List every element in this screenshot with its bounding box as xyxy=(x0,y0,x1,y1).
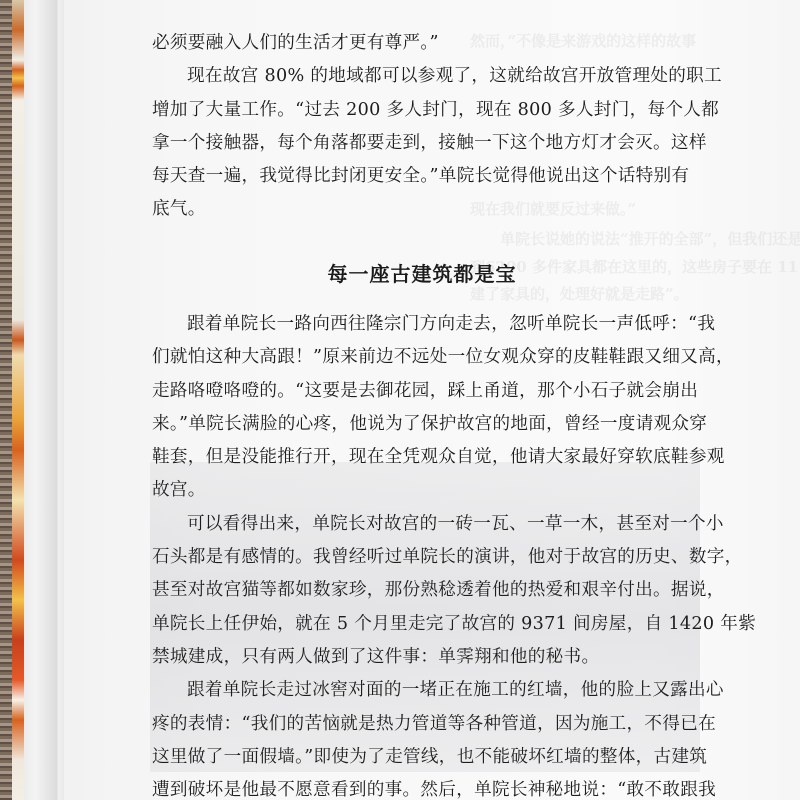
text-line: 单院长上任伊始，就在 5 个月里走完了故宫的 9371 间房屋，自 1420 年… xyxy=(152,608,692,641)
text-line: 走路咯噔咯噔的。“这要是去御花园，踩上甬道，那个小石子就会崩出 xyxy=(152,375,692,408)
bleed-through-text: 单院长说她的说法“推开的全部”，但我们还是知道的 xyxy=(500,228,800,249)
text-line: 跟着单院长一路向西往隆宗门方向走去，忽听单院长一声低呼：“我 xyxy=(152,308,692,341)
text-line: 石头都是有感情的。我曾经听过单院长的演讲，他对于故宫的历史、数字， xyxy=(152,541,692,574)
text-line: 疼的表情：“我们的苦恼就是热力管道等各种管道，因为施工，不得已在 xyxy=(152,708,692,741)
text-line: 拿一个接触器，每个角落都要走到，接触一下这个地方灯才会灭。这样 xyxy=(152,127,692,160)
text-line: 每天查一遍，我觉得比封闭更安全。”单院长觉得他说出这个话特别有 xyxy=(152,160,692,193)
text-line: 鞋套，但是没能推行开，现在全凭观众自觉，他请大家最好穿软底鞋参观 xyxy=(152,441,692,474)
text-line: 可以看得出来，单院长对故宫的一砖一瓦、一草一木，甚至对一个小 xyxy=(152,508,692,541)
text-line: 这里做了一面假墙。”即使为了走管线，也不能破坏红墙的整体，古建筑 xyxy=(152,741,692,774)
text-line: 必须要融入人们的生活才更有尊严。” xyxy=(152,27,692,60)
text-line: 禁城建成，只有两人做到了这件事：单霁翔和他的秘书。 xyxy=(152,641,692,674)
text-line: 跟着单院长走过冰窖对面的一堵正在施工的红墙，他的脸上又露出心 xyxy=(152,674,692,707)
book-cover-pattern xyxy=(12,0,24,800)
page-stack-edge xyxy=(24,0,64,800)
text-line: 们就怕这种大高跟！”原来前边不远处一位女观众穿的皮鞋鞋跟又细又高， xyxy=(152,341,692,374)
text-line: 增加了大量工作。“过去 200 多人封门，现在 800 多人封门，每个人都 xyxy=(152,94,692,127)
section-heading: 每一座古建筑都是宝 xyxy=(152,258,692,287)
text-line: 故宫。 xyxy=(152,474,692,507)
text-line: 底气。 xyxy=(152,193,692,226)
text-line: 现在故宫 80% 的地域都可以参观了，这就给故宫开放管理处的职工 xyxy=(152,60,692,93)
text-line: 甚至对故宫猫等都如数家珍，那份熟稔透着他的热爱和艰辛付出。据说， xyxy=(152,574,692,607)
bottom-paragraphs: 跟着单院长一路向西往隆宗门方向走去，忽听单院长一声低呼：“我 们就怕这种大高跟！… xyxy=(152,308,692,800)
text-line: 来。”单院长满脸的心疼，他说为了保护故宫的地面，曾经一度请观众穿 xyxy=(152,408,692,441)
text-line: 遭到破坏是他最不愿意看到的事。然后，单院长神秘地说：“敢不敢跟我 xyxy=(152,774,692,800)
top-paragraphs: 必须要融入人们的生活才更有尊严。” 现在故宫 80% 的地域都可以参观了，这就给… xyxy=(152,27,692,227)
